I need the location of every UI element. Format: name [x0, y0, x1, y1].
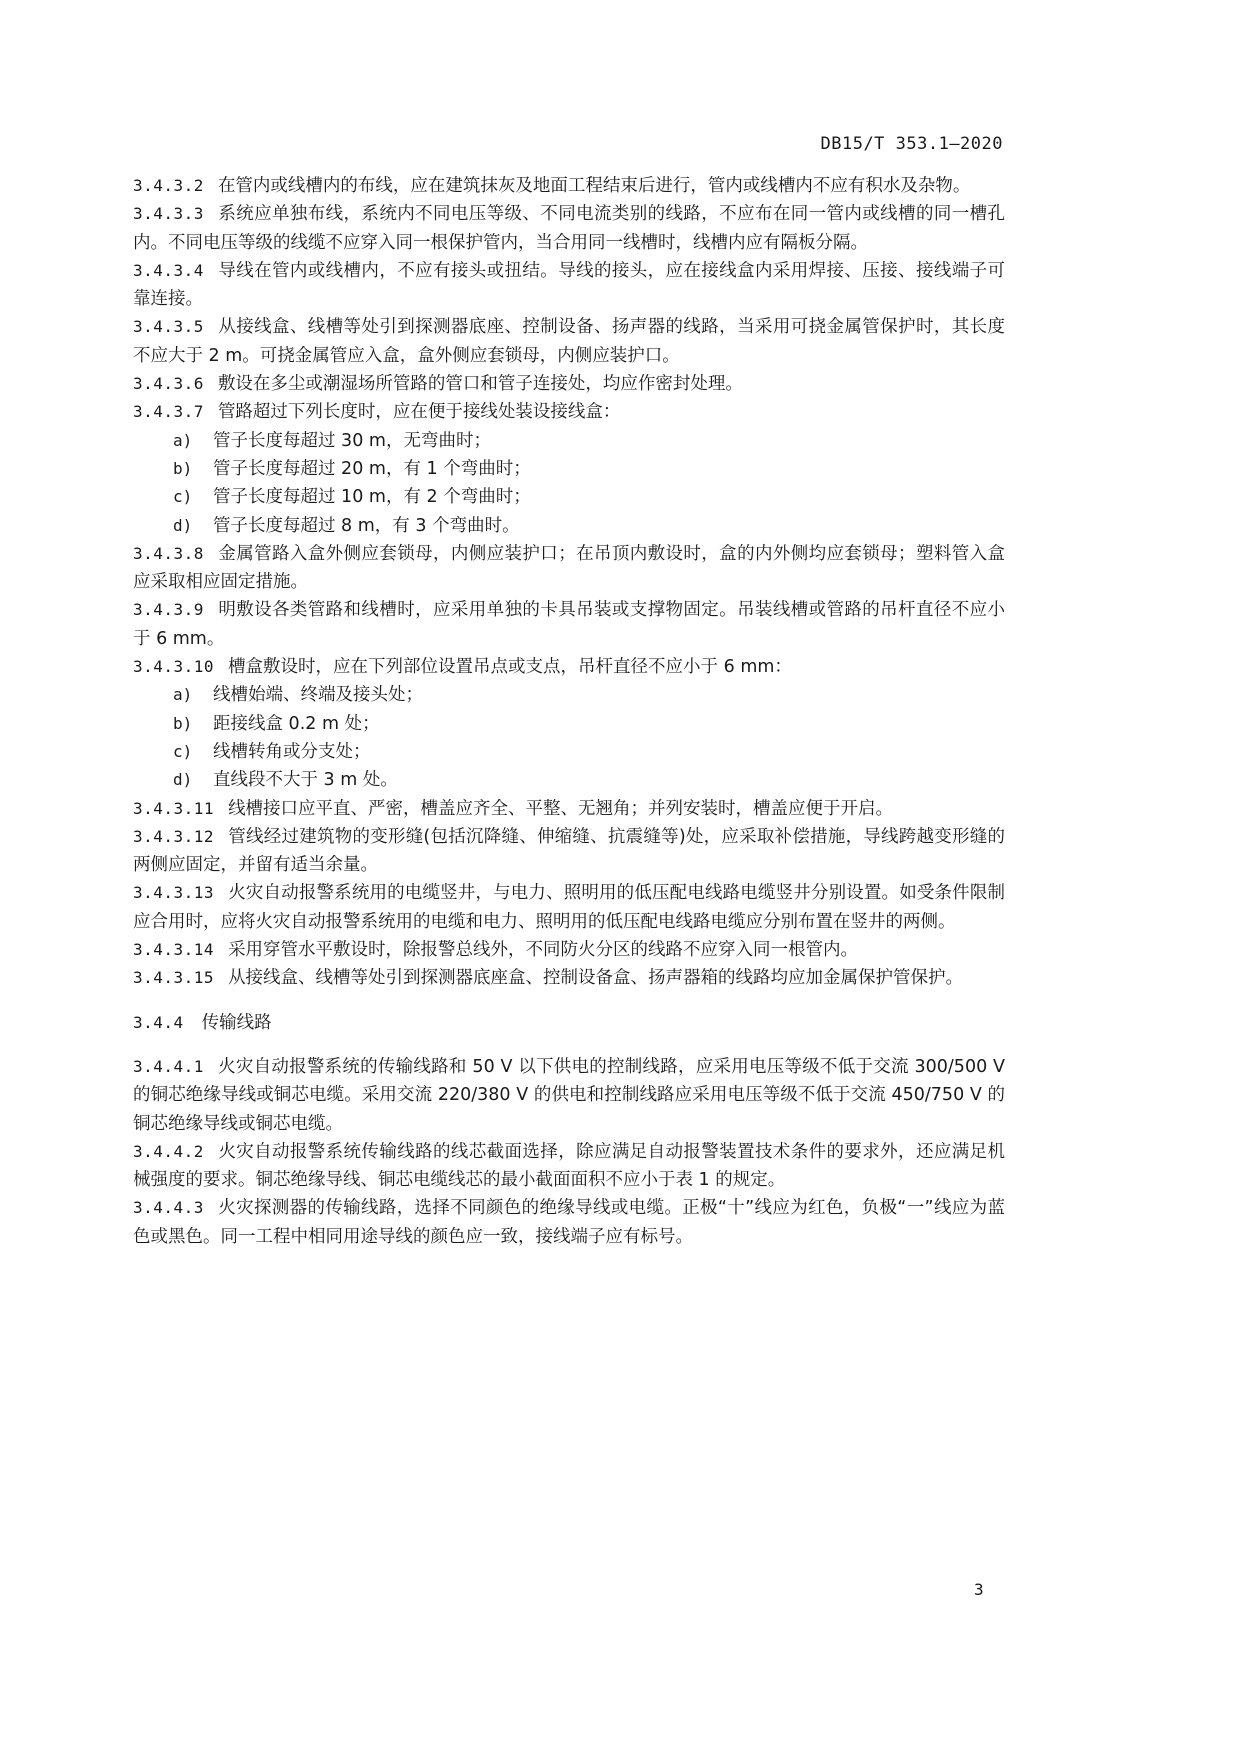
clause-number: 3.4.3.3 [133, 204, 204, 223]
clause-3-4-3-12: 3.4.3.12管线经过建筑物的变形缝(包括沉降缝、伸缩缝、抗震缝等)处，应采取… [133, 823, 1005, 880]
document-id-header: DB15/T 353.1—2020 [821, 134, 1004, 154]
list-item-text: 管子长度每超过 30 m，无弯曲时； [213, 431, 491, 451]
list-item: b)管子长度每超过 20 m，有 1 个弯曲时； [133, 455, 1005, 483]
clause-number: 3.4.3.4 [133, 261, 204, 280]
clause-text: 从接线盒、线槽等处引到探测器底座、控制设备、扬声器的线路，当采用可挠金属管保护时… [133, 317, 1005, 365]
clause-number: 3.4.4.1 [133, 1057, 204, 1076]
clause-text: 线槽接口应平直、严密，槽盖应齐全、平整、无翘角；并列安装时，槽盖应便于开启。 [228, 799, 893, 819]
clause-text: 敷设在多尘或潮湿场所管路的管口和管子连接处，均应作密封处理。 [218, 374, 743, 394]
clause-text: 管线经过建筑物的变形缝(包括沉降缝、伸缩缝、抗震缝等)处，应采取补偿措施，导线跨… [133, 827, 1005, 875]
clause-text: 火灾探测器的传输线路，选择不同颜色的绝缘导线或电缆。正极“十”线应为红色，负极“… [133, 1198, 1005, 1246]
list-item-text: 管子长度每超过 10 m，有 2 个弯曲时； [213, 487, 531, 507]
clause-3-4-3-3: 3.4.3.3系统应单独布线，系统内不同电压等级、不同电流类别的线路，不应布在同… [133, 200, 1005, 257]
section-title: 传输线路 [202, 1013, 272, 1033]
clause-number: 3.4.3.14 [133, 940, 214, 959]
clause-3-4-3-8: 3.4.3.8金属管路入盒外侧应套锁母，内侧应装护口；在吊顶内敷设时，盒的内外侧… [133, 540, 1005, 597]
list-item-label: a) [173, 681, 213, 709]
clause-3-4-3-9: 3.4.3.9明敷设各类管路和线槽时，应采用单独的卡具吊装或支撑物固定。吊装线槽… [133, 596, 1005, 653]
clause-number: 3.4.3.6 [133, 374, 204, 393]
clause-number: 3.4.3.15 [133, 968, 214, 987]
clause-3-4-3-4: 3.4.3.4导线在管内或线槽内，不应有接头或扭结。导线的接头，应在接线盒内采用… [133, 257, 1005, 314]
clause-3-4-3-7: 3.4.3.7管路超过下列长度时，应在便于接线处装设接线盒： [133, 398, 1005, 426]
list-item-label: c) [173, 483, 213, 511]
list-item-label: b) [173, 455, 213, 483]
page-number: 3 [974, 1580, 984, 1599]
clause-number: 3.4.3.9 [133, 600, 204, 619]
section-number: 3.4.4 [133, 1013, 184, 1032]
list-item: c)管子长度每超过 10 m，有 2 个弯曲时； [133, 483, 1005, 511]
list-item-label: a) [173, 427, 213, 455]
clause-3-4-4-3: 3.4.4.3火灾探测器的传输线路，选择不同颜色的绝缘导线或电缆。正极“十”线应… [133, 1194, 1005, 1251]
list-item: d)直线段不大于 3 m 处。 [133, 766, 1005, 794]
clause-3-4-3-11: 3.4.3.11线槽接口应平直、严密，槽盖应齐全、平整、无翘角；并列安装时，槽盖… [133, 795, 1005, 823]
list-item-text: 线槽转角或分支处； [213, 742, 371, 762]
clause-number: 3.4.3.5 [133, 317, 204, 336]
clause-number: 3.4.3.8 [133, 544, 204, 563]
list-item-text: 距接线盒 0.2 m 处； [213, 714, 380, 734]
section-heading-3-4-4: 3.4.4传输线路 [133, 1009, 1005, 1037]
clause-3-4-3-2: 3.4.3.2在管内或线槽内的布线，应在建筑抹灰及地面工程结束后进行，管内或线槽… [133, 172, 1005, 200]
clause-number: 3.4.3.2 [133, 176, 204, 195]
list-item-text: 直线段不大于 3 m 处。 [213, 770, 398, 790]
clause-text: 在管内或线槽内的布线，应在建筑抹灰及地面工程结束后进行，管内或线槽内不应有积水及… [218, 176, 971, 196]
clause-text: 采用穿管水平敷设时，除报警总线外，不同防火分区的线路不应穿入同一根管内。 [228, 940, 858, 960]
list-item-text: 线槽始端、终端及接头处； [213, 685, 423, 705]
clause-number: 3.4.3.11 [133, 799, 214, 818]
clause-text: 金属管路入盒外侧应套锁母，内侧应装护口；在吊顶内敷设时，盒的内外侧均应套锁母；塑… [133, 544, 1005, 592]
clause-number: 3.4.3.7 [133, 402, 204, 421]
clause-3-4-3-13: 3.4.3.13火灾自动报警系统用的电缆竖井，与电力、照明用的低压配电线路电缆竖… [133, 879, 1005, 936]
list-item: b)距接线盒 0.2 m 处； [133, 710, 1005, 738]
clause-text: 导线在管内或线槽内，不应有接头或扭结。导线的接头，应在接线盒内采用焊接、压接、接… [133, 261, 1005, 309]
clause-text: 系统应单独布线，系统内不同电压等级、不同电流类别的线路，不应布在同一管内或线槽的… [133, 204, 1005, 252]
list-item: c)线槽转角或分支处； [133, 738, 1005, 766]
list-item-label: d) [173, 766, 213, 794]
clause-3-4-3-10: 3.4.3.10槽盒敷设时，应在下列部位设置吊点或支点，吊杆直径不应小于 6 m… [133, 653, 1005, 681]
list-item-text: 管子长度每超过 20 m，有 1 个弯曲时； [213, 459, 531, 479]
list-item: a)管子长度每超过 30 m，无弯曲时； [133, 427, 1005, 455]
clause-number: 3.4.3.10 [133, 657, 214, 676]
clause-3-4-3-6: 3.4.3.6敷设在多尘或潮湿场所管路的管口和管子连接处，均应作密封处理。 [133, 370, 1005, 398]
clause-text: 从接线盒、线槽等处引到探测器底座盒、控制设备盒、扬声器箱的线路均应加金属保护管保… [228, 968, 963, 988]
document-page: DB15/T 353.1—2020 3.4.3.2在管内或线槽内的布线，应在建筑… [0, 0, 1241, 1755]
clause-number: 3.4.4.2 [133, 1142, 204, 1161]
clause-text: 管路超过下列长度时，应在便于接线处装设接线盒： [218, 402, 621, 422]
clause-3-4-4-2: 3.4.4.2火灾自动报警系统传输线路的线芯截面选择，除应满足自动报警装置技术条… [133, 1138, 1005, 1195]
clause-number: 3.4.3.13 [133, 883, 214, 902]
clause-3-4-3-14: 3.4.3.14采用穿管水平敷设时，除报警总线外，不同防火分区的线路不应穿入同一… [133, 936, 1005, 964]
clause-text: 火灾自动报警系统传输线路的线芯截面选择，除应满足自动报警装置技术条件的要求外，还… [133, 1142, 1005, 1190]
clause-3-4-4-1: 3.4.4.1火灾自动报警系统的传输线路和 50 V 以下供电的控制线路，应采用… [133, 1053, 1005, 1138]
document-body: 3.4.3.2在管内或线槽内的布线，应在建筑抹灰及地面工程结束后进行，管内或线槽… [133, 172, 1005, 1251]
clause-number: 3.4.4.3 [133, 1198, 204, 1217]
list-item-label: b) [173, 710, 213, 738]
list-item-label: c) [173, 738, 213, 766]
clause-number: 3.4.3.12 [133, 827, 214, 846]
clause-text: 明敷设各类管路和线槽时，应采用单独的卡具吊装或支撑物固定。吊装线槽或管路的吊杆直… [133, 600, 1005, 648]
clause-text: 槽盒敷设时，应在下列部位设置吊点或支点，吊杆直径不应小于 6 mm： [228, 657, 792, 677]
list-item-label: d) [173, 512, 213, 540]
clause-3-4-3-5: 3.4.3.5从接线盒、线槽等处引到探测器底座、控制设备、扬声器的线路，当采用可… [133, 313, 1005, 370]
clause-text: 火灾自动报警系统用的电缆竖井，与电力、照明用的低压配电线路电缆竖井分别设置。如受… [133, 883, 1005, 931]
list-item: d)管子长度每超过 8 m，有 3 个弯曲时。 [133, 512, 1005, 540]
clause-text: 火灾自动报警系统的传输线路和 50 V 以下供电的控制线路，应采用电压等级不低于… [133, 1057, 1005, 1134]
list-item-text: 管子长度每超过 8 m，有 3 个弯曲时。 [213, 516, 520, 536]
clause-3-4-3-15: 3.4.3.15从接线盒、线槽等处引到探测器底座盒、控制设备盒、扬声器箱的线路均… [133, 964, 1005, 992]
list-item: a)线槽始端、终端及接头处； [133, 681, 1005, 709]
